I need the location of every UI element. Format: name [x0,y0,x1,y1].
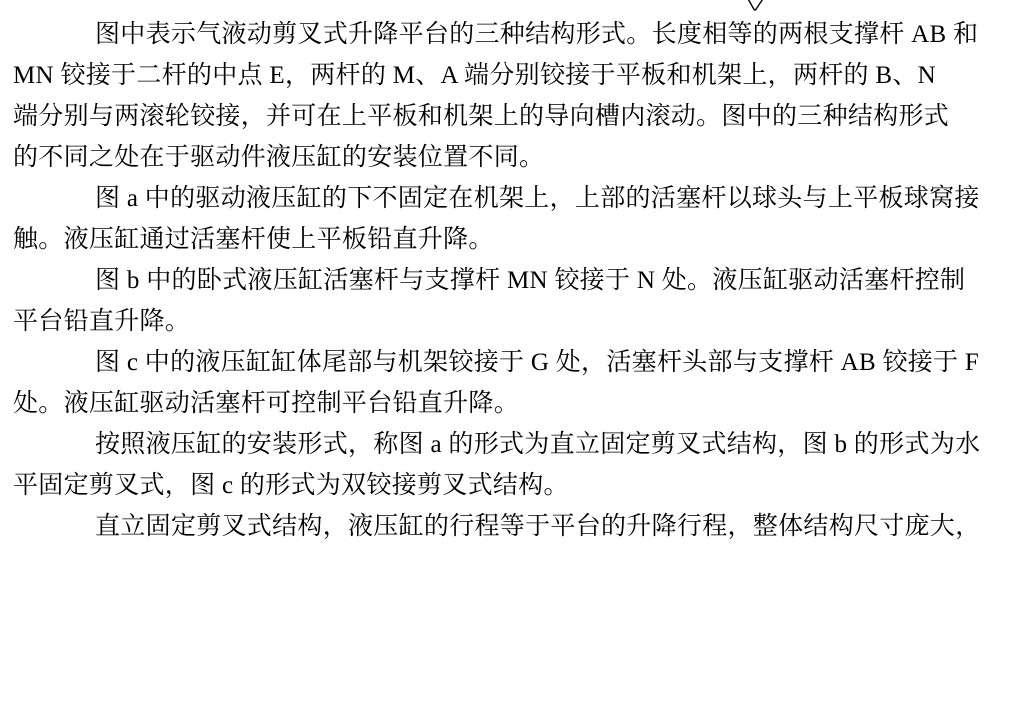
text-line: 的不同之处在于驱动件液压缸的安装位置不同。 [13,137,963,178]
text-line: 图 b 中的卧式液压缸活塞杆与支撑杆 MN 铰接于 N 处。液压缸驱动活塞杆控制 [13,260,963,301]
text-line: 直立固定剪叉式结构，液压缸的行程等于平台的升降行程，整体结构尺寸庞大， [13,506,963,547]
text-line: 端分别与两滚轮铰接，并可在上平板和机架上的导向槽内滚动。图中的三种结构形式 [13,96,963,137]
text-line: 按照液压缸的安装形式，称图 a 的形式为直立固定剪叉式结构，图 b 的形式为水 [13,424,963,465]
text-line: 平固定剪叉式，图 c 的形式为双铰接剪叉式结构。 [13,465,963,506]
text-line: MN 铰接于二杆的中点 E，两杆的 M、A 端分别铰接于平板和机架上，两杆的 B… [13,55,963,96]
text-line: 图 a 中的驱动液压缸的下不固定在机架上，上部的活塞杆以球头与上平板球窝接 [13,178,963,219]
document-page: 图中表示气液动剪叉式升降平台的三种结构形式。长度相等的两根支撑杆 AB 和 MN… [0,0,1030,704]
text-line: 处。液压缸驱动活塞杆可控制平台铅直升降。 [13,383,963,424]
text-line: 触。液压缸通过活塞杆使上平板铅直升降。 [13,219,963,260]
text-line: 平台铅直升降。 [13,301,963,342]
text-line: 图中表示气液动剪叉式升降平台的三种结构形式。长度相等的两根支撑杆 AB 和 [13,14,963,55]
text-block: 图中表示气液动剪叉式升降平台的三种结构形式。长度相等的两根支撑杆 AB 和 MN… [13,14,963,547]
text-line: 图 c 中的液压缸缸体尾部与机架铰接于 G 处，活塞杆头部与支撑杆 AB 铰接于… [13,342,963,383]
mouse-pointer-icon [744,0,768,14]
